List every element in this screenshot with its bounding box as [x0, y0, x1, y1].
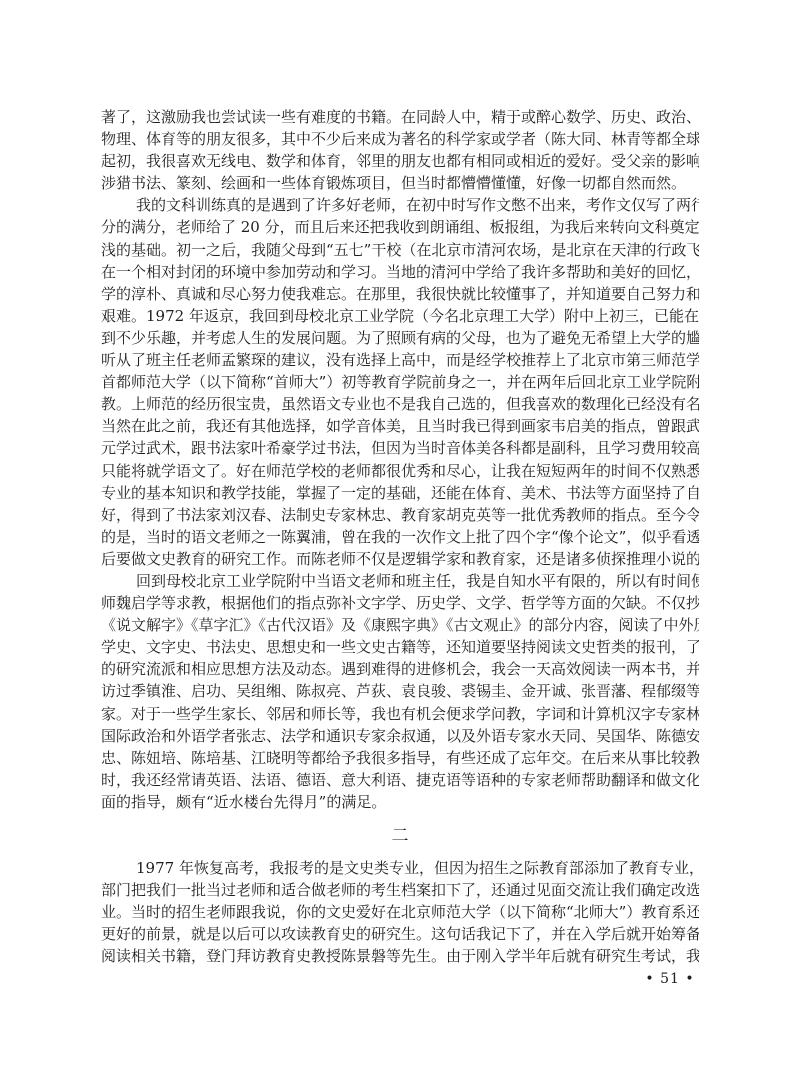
text-line: 教。上师范的经历很宝贵，虽然语文专业也不是我自己选的，但我喜欢的数理化已经没有名… — [101, 393, 699, 415]
section-heading: 二 — [0, 825, 800, 847]
text-line: 家。对于一些学生家长、邻居和师长等，我也有机会便求学问教，字词和计算机汉字专家林… — [101, 703, 699, 725]
text-line: 在一个相对封闭的环境中参加劳动和学习。当地的清河中学给了我许多帮助和美好的回忆，… — [101, 261, 699, 283]
text-line: 业。当时的招生老师跟我说，你的文史爱好在北京师范大学（以下简称“北师大”）教育系… — [101, 901, 699, 923]
text-line: 分的满分，老师给了 20 分，而且后来还把我收到朗诵组、板报组，为我后来转向文科… — [101, 216, 699, 238]
text-line: 后要做文史教育的研究工作。而陈老师不仅是逻辑学家和教育家，还是诸多侦探推理小说的… — [101, 548, 699, 570]
text-line: 阅读相关书籍，登门拜访教育史教授陈景磐等先生。由于刚入学半年后就有研究生考试，我… — [101, 945, 699, 967]
text-line: 《说文解字》《草字汇》《古代汉语》及《康熙字典》《古文观止》的部分内容，阅读了中… — [101, 614, 699, 636]
text-line: 更好的前景，就是以后可以攻读教育史的研究生。这句话我记下了，并在入学后就开始筹备… — [101, 923, 699, 945]
text-line: 忠、陈妞培、陈培基、江晓明等都给予我很多指导，有些还成了忘年交。在后来从事比较教… — [101, 747, 699, 769]
text-line: 的研究流派和相应思想方法及动态。遇到难得的进修机会，我会一天高效阅读一两本书，并… — [101, 658, 699, 680]
text-line: 浅的基础。初一之后，我随父母到“五七”干校（在北京市清河农场，是北京在天津的行政… — [101, 239, 699, 261]
text-line: 专业的基本知识和教学技能，掌握了一定的基础，还能在体育、美术、书法等方面坚持了自… — [101, 482, 699, 504]
text-line: 国际政治和外语学者张志、法学和通识专家余叔通，以及外语专家水天同、吴国华、陈德安… — [101, 725, 699, 747]
text-line: 学史、文字史、书法史、思想史和一些文史古籍等，还知道要坚持阅读文史哲类的报刊，了… — [101, 636, 699, 658]
text-line: 元学过武术，跟书法家叶希豪学过书法，但因为当时音体美各科都是副科，且学习费用较高… — [101, 437, 699, 459]
text-line: 只能将就学语文了。好在师范学校的老师都很优秀和尽心，让我在短短两年的时间不仅熟悉… — [101, 460, 699, 482]
text-line: 当然在此之前，我还有其他选择，如学音体美，且当时我已得到画家韦启美的指点，曾跟武… — [101, 415, 699, 437]
text-line: 著了，这激励我也尝试读一些有难度的书籍。在同龄人中，精于或醉心数学、历史、政治、… — [101, 106, 699, 128]
text-line: 部门把我们一批当过老师和适合做老师的考生档案扣下了，还通过见面交流让我们确定改选… — [101, 879, 699, 901]
text-line: 1977 年恢复高考，我报考的是文史类专业，但因为招生之际教育部添加了教育专业，… — [101, 857, 699, 879]
text-line: 到不少乐趣，并考虑人生的发展问题。为了照顾有病的父母，也为了避免无希望上大学的尴… — [101, 327, 699, 349]
text-line: 我的文科训练真的是遇到了许多好老师，在初中时写作文憋不出来，考作文仅写了两行半，… — [101, 194, 699, 216]
text-line: 好，得到了书法家刘汉春、法制史专家林忠、教育家胡克英等一批优秀教师的指点。至今令… — [101, 504, 699, 526]
text-line: 时，我还经常请英语、法语、德语、意大利语、捷克语等语种的专家老师帮助翻译和做文化… — [101, 769, 699, 791]
text-line: 涉猎书法、篆刻、绘画和一些体育锻炼项目，但当时都懵懵懂懂，好像一切都自然而然。 — [101, 172, 699, 194]
text-line: 的是，当时的语文老师之一陈翼浦，曾在我的一次作文上批了四个字“像个论文”，似乎看… — [101, 526, 699, 548]
body-text-block-2: 1977 年恢复高考，我报考的是文史类专业，但因为招生之际教育部添加了教育专业，… — [101, 857, 699, 967]
text-line: 听从了班主任老师孟繁琛的建议，没有选择上高中，而是经学校推荐上了北京市第三师范学… — [101, 349, 699, 371]
text-line: 师魏启学等求教，根据他们的指点弥补文字学、历史学、文学、哲学等方面的欠缺。不仅抄… — [101, 592, 699, 614]
text-line: 面的指导，颇有“近水楼台先得月”的满足。 — [101, 791, 699, 813]
text-line: 首都师范大学（以下简称“首师大”）初等教育学院前身之一，并在两年后回北京工业学院… — [101, 371, 699, 393]
text-line: 学的淳朴、真诚和尽心努力使我难忘。在那里，我很快就比较懂事了，并知道要自己努力和… — [101, 283, 699, 305]
text-line: 访过季镇淮、启功、吴组缃、陈叔亮、芦荻、袁良骏、裘锡圭、金开诚、张晋藩、程郁缀等… — [101, 680, 699, 702]
text-line: 回到母校北京工业学院附中当语文老师和班主任，我是自知水平有限的，所以有时间便向老… — [101, 570, 699, 592]
page-number: • 51 • — [640, 970, 700, 988]
text-line: 物理、体育等的朋友很多，其中不少后来成为著名的科学家或学者（陈大同、林青等都全球… — [101, 128, 699, 150]
text-line: 艰难。1972 年返京，我回到母校北京工业学院（今名北京理工大学）附中上初三，已… — [101, 305, 699, 327]
body-text-block-1: 著了，这激励我也尝试读一些有难度的书籍。在同龄人中，精于或醉心数学、历史、政治、… — [101, 106, 699, 813]
text-line: 起初，我很喜欢无线电、数学和体育，邻里的朋友也都有相同或相近的爱好。受父亲的影响… — [101, 150, 699, 172]
